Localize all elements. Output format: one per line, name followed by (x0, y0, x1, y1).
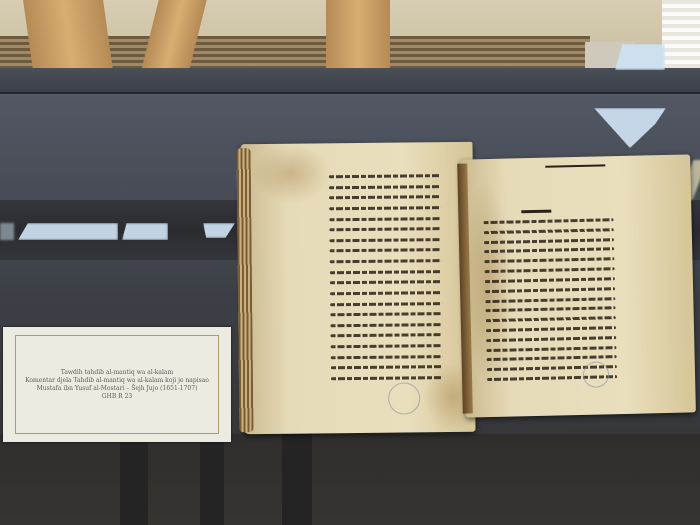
page-stain (250, 143, 331, 204)
label-description: Komentar djela Tahdib al-mantiq wa al-ka… (25, 377, 209, 385)
support-post (120, 434, 148, 525)
display-case-top-frame (0, 68, 700, 94)
wooden-beam (326, 0, 390, 70)
label-author: Mustafa ibn Yusuf al-Mostari – Šejh Jujo… (37, 385, 198, 393)
light-reflection (122, 223, 168, 240)
manuscript-right (460, 154, 696, 417)
chapter-heading (521, 210, 551, 214)
ceiling (0, 0, 700, 70)
label-catalog-number: GHB R 23 (102, 393, 132, 401)
exhibit-label-card: Tawdih tahdib al-mantiq wa al-kalam Kome… (3, 327, 231, 442)
label-border: Tawdih tahdib al-mantiq wa al-kalam Kome… (15, 335, 219, 434)
manuscript-text-block (329, 174, 443, 380)
light-reflection (0, 223, 14, 240)
library-stamp (388, 382, 420, 414)
ceiling-light (662, 0, 700, 70)
light-reflection (615, 44, 665, 70)
display-case-floor (0, 434, 700, 525)
page-header-line (545, 164, 605, 167)
label-title: Tawdih tahdib al-mantiq wa al-kalam (61, 369, 173, 377)
light-reflection (18, 223, 118, 240)
photo-scene: Tawdih tahdib al-mantiq wa al-kalam Kome… (0, 0, 700, 525)
manuscript-text-block (484, 218, 618, 381)
wooden-beam (23, 0, 113, 70)
manuscript-left (240, 142, 475, 434)
support-post (282, 434, 312, 525)
support-post (200, 434, 224, 525)
library-stamp (583, 361, 610, 388)
